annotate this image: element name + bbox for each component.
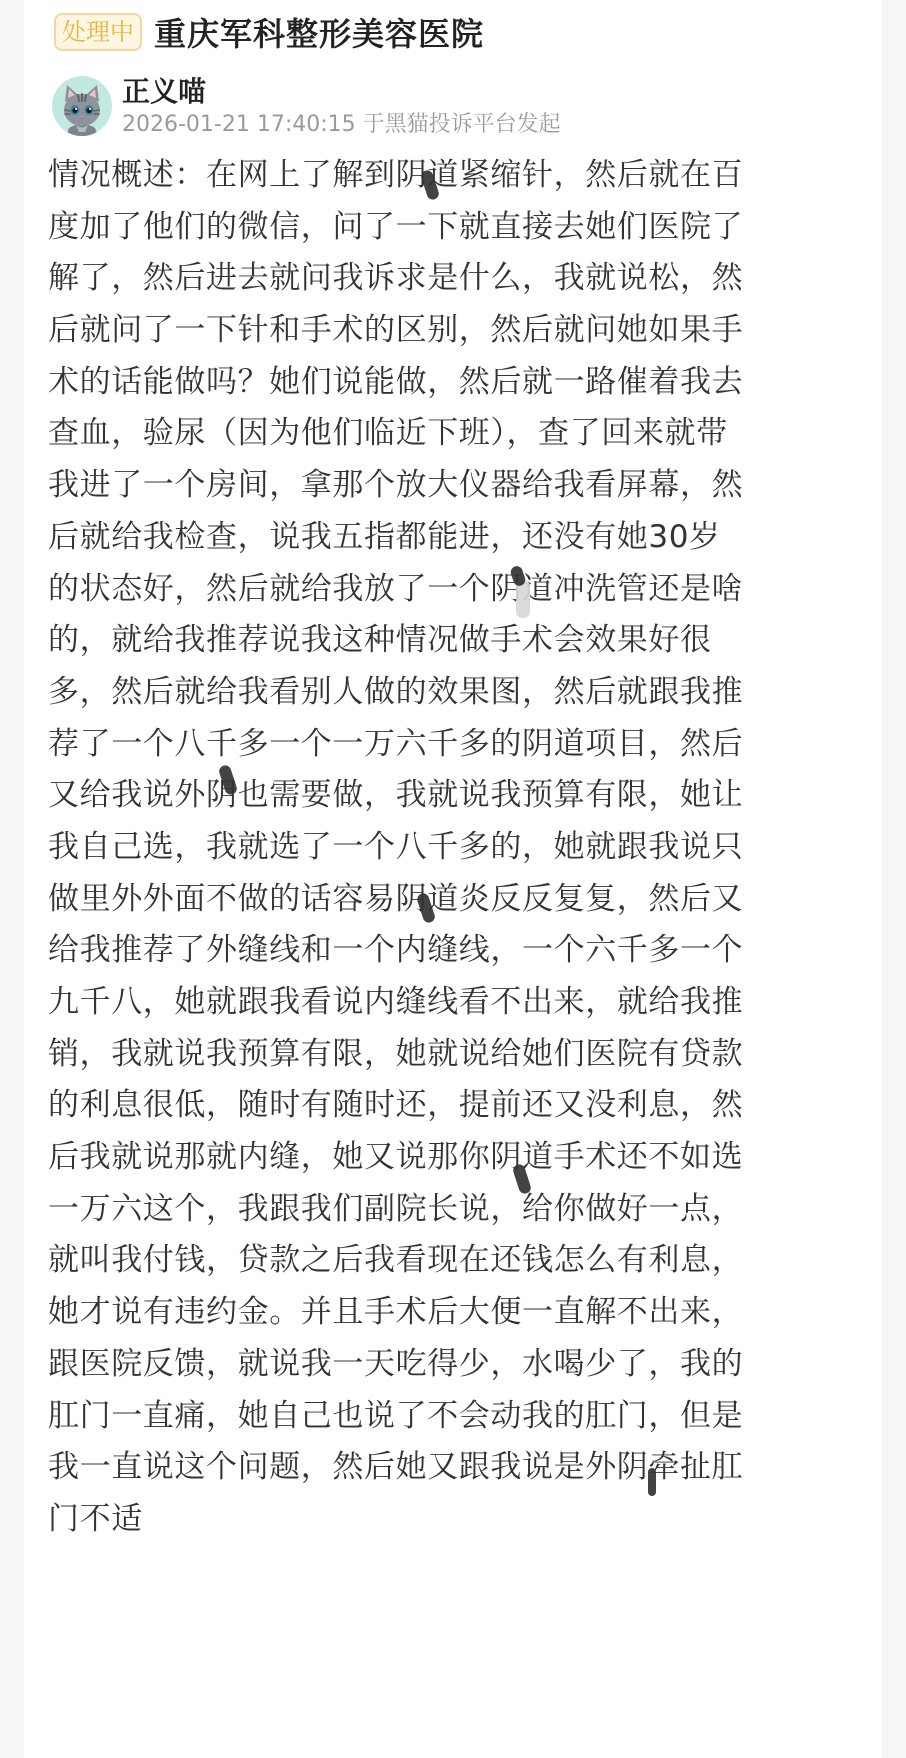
body-line: 度加了他们的微信，问了一下就直接去她们医院了 bbox=[48, 202, 868, 254]
status-badge: 处理中 bbox=[54, 13, 142, 51]
body-line: 解了，然后进去就问我诉求是什么，我就说松，然 bbox=[48, 253, 868, 305]
complaint-title[interactable]: 重庆军科整形美容医院 bbox=[154, 9, 484, 55]
post-meta: 2026-01-21 17:40:15 于黑猫投诉平台发起 bbox=[122, 110, 561, 140]
body-line: 她才说有违约金。并且手术后大便一直解不出来， bbox=[48, 1287, 868, 1339]
body-line: 后就问了一下针和手术的区别，然后就问她如果手 bbox=[48, 305, 868, 357]
redaction-mark bbox=[648, 1468, 656, 1496]
body-line: 后就给我检查，说我五指都能进，还没有她30岁 bbox=[48, 512, 868, 564]
body-line: 就叫我付钱，贷款之后我看现在还钱怎么有利息， bbox=[48, 1235, 868, 1287]
body-line: 多，然后就给我看别人做的效果图，然后就跟我推 bbox=[48, 667, 868, 719]
complaint-body: 情况概述：在网上了解到阴道紧缩针，然后就在百 度加了他们的微信，问了一下就直接去… bbox=[48, 150, 868, 1546]
avatar[interactable] bbox=[52, 76, 112, 136]
body-line: 我自己选，我就选了一个八千多的，她就跟我说只 bbox=[48, 822, 868, 874]
body-line: 做里外外面不做的话容易阴道炎反反复复，然后又 bbox=[48, 874, 868, 926]
body-line: 一万六这个，我跟我们副院长说，给你做好一点， bbox=[48, 1184, 868, 1236]
body-line: 情况概述：在网上了解到阴道紧缩针，然后就在百 bbox=[48, 150, 868, 202]
body-line: 术的话能做吗？她们说能做，然后就一路催着我去 bbox=[48, 357, 868, 409]
body-line: 的，就给我推荐说我这种情况做手术会效果好很 bbox=[48, 615, 868, 667]
body-line: 跟医院反馈，就说我一天吃得少，水喝少了，我的 bbox=[48, 1339, 868, 1391]
body-line: 给我推荐了外缝线和一个内缝线，一个六千多一个 bbox=[48, 925, 868, 977]
body-line: 我进了一个房间，拿那个放大仪器给我看屏幕，然 bbox=[48, 460, 868, 512]
body-line: 的状态好，然后就给我放了一个阴道冲洗管还是啥 bbox=[48, 564, 868, 616]
complaint-header: 处理中 重庆军科整形美容医院 bbox=[54, 12, 484, 52]
gray-cat-avatar-icon bbox=[52, 76, 112, 136]
body-line: 九千八，她就跟我看说内缝线看不出来，就给我推 bbox=[48, 977, 868, 1029]
body-line: 我一直说这个问题，然后她又跟我说是外阴牵扯肛 bbox=[48, 1442, 868, 1494]
body-line: 肛门一直痛，她自己也说了不会动我的肛门，但是 bbox=[48, 1391, 868, 1443]
body-line: 销，我就说我预算有限，她就说给她们医院有贷款 bbox=[48, 1029, 868, 1081]
body-line: 后我就说那就内缝，她又说那你阴道手术还不如选 bbox=[48, 1132, 868, 1184]
body-line: 又给我说外阴也需要做，我就说我预算有限，她让 bbox=[48, 770, 868, 822]
body-line: 查血，验尿（因为他们临近下班），查了回来就带 bbox=[48, 408, 868, 460]
body-line: 荐了一个八千多一个一万六千多的阴道项目，然后 bbox=[48, 719, 868, 771]
body-line: 的利息很低，随时有随时还，提前还又没利息，然 bbox=[48, 1080, 868, 1132]
author-name[interactable]: 正义喵 bbox=[122, 74, 206, 110]
body-line: 门不适 bbox=[48, 1494, 868, 1546]
